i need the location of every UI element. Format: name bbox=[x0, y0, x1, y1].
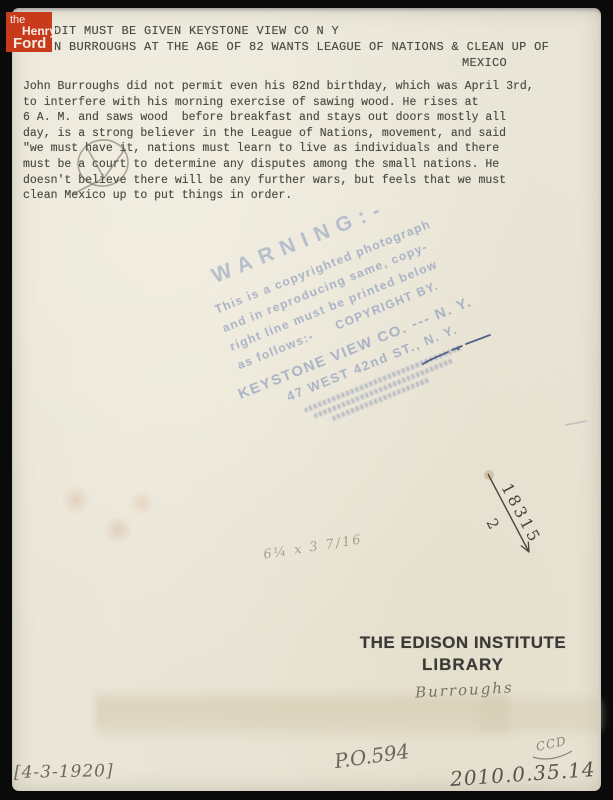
henry-ford-logo: the Henry Ford bbox=[6, 12, 52, 52]
library-stamp-line2: LIBRARY bbox=[352, 653, 574, 677]
credit-line: DIT MUST BE GIVEN KEYSTONE VIEW CO N Y bbox=[54, 23, 339, 40]
caption-line: doesn't believe there will be any furthe… bbox=[23, 173, 534, 189]
caption-line: day, is a strong believer in the League … bbox=[23, 126, 534, 142]
subject-name-note: Burroughs bbox=[415, 678, 514, 701]
po-number-note: P.O.594 bbox=[333, 739, 411, 773]
caption-line: to interfere with his morning exercise o… bbox=[23, 95, 534, 111]
scanned-document: DIT MUST BE GIVEN KEYSTONE VIEW CO N Y N… bbox=[0, 0, 613, 800]
caption-title-continued: MEXICO bbox=[462, 55, 507, 72]
paper-stain bbox=[102, 516, 134, 544]
photo-verso-paper: DIT MUST BE GIVEN KEYSTONE VIEW CO N Y N… bbox=[12, 8, 601, 791]
dimension-note: 6¼ x 3 7/16 bbox=[262, 532, 363, 562]
caption-line: "we must have it, nations must learn to … bbox=[23, 141, 534, 157]
caption-line: 6 A. M. and saws wood before breakfast a… bbox=[23, 110, 534, 126]
paper-stain bbox=[128, 491, 156, 515]
date-note: [4-3-1920] bbox=[14, 761, 114, 783]
logo-ford: Ford bbox=[13, 36, 46, 51]
accession-number-note: 2010.0.35.14 bbox=[449, 757, 596, 791]
stamp-illegible-line bbox=[332, 377, 431, 421]
tape-residue bbox=[480, 698, 602, 732]
library-stamp-line1: THE EDISON INSTITUTE bbox=[352, 633, 574, 653]
caption-paragraph: John Burroughs did not permit even his 8… bbox=[23, 79, 534, 204]
caption-line: clean Mexico up to put things in order. bbox=[23, 188, 534, 204]
stamp-illegible-line bbox=[313, 358, 454, 419]
paper-stain bbox=[60, 486, 92, 514]
caption-line: must be a court to determine any dispute… bbox=[23, 157, 534, 173]
edison-institute-stamp: THE EDISON INSTITUTE LIBRARY bbox=[352, 633, 574, 677]
caption-title: N BURROUGHS AT THE AGE OF 82 WANTS LEAGU… bbox=[54, 39, 549, 56]
caption-line: John Burroughs did not permit even his 8… bbox=[23, 79, 534, 95]
